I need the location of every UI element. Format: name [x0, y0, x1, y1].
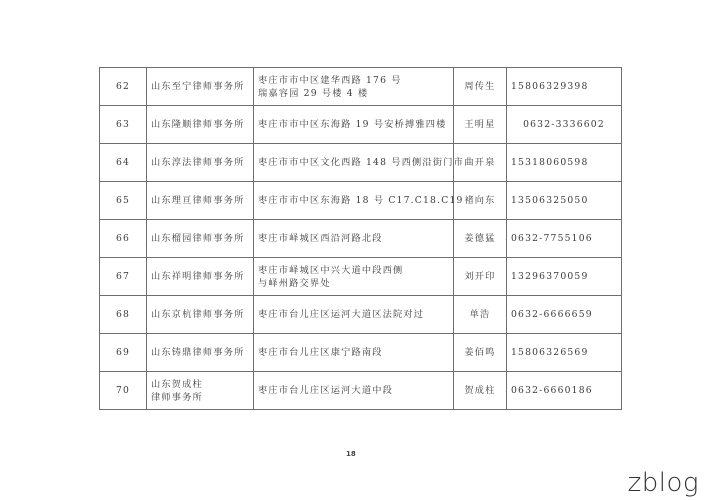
firm-name-cell: 山东京杭律师事务所	[147, 296, 254, 334]
row-number-cell: 69	[100, 334, 147, 372]
address-cell: 枣庄市市中区文化西路 148 号西侧沿街门市	[254, 144, 454, 182]
firm-name-cell: 山东贺成柱律师事务所	[147, 372, 254, 410]
row-number-cell: 67	[100, 258, 147, 296]
address-line: 枣庄市市中区文化西路 148 号西侧沿街门市	[258, 156, 449, 169]
table-row: 69 山东铸鼎律师事务所 枣庄市台儿庄区康宁路南段 姜佰鸣 1580632656…	[100, 334, 622, 372]
address-cell: 枣庄市市中区东海路 18 号 C17.C18.C19	[254, 182, 454, 220]
firm-name-line: 山东理亘律师事务所	[151, 194, 249, 207]
address-line: 枣庄市台儿庄区康宁路南段	[258, 346, 449, 359]
page-number: 18	[346, 450, 356, 458]
row-number-cell: 68	[100, 296, 147, 334]
phone-cell: 13296370059	[507, 258, 622, 296]
law-firm-table: 62 山东至宁律师事务所 枣庄市市中区建华西路 176 号瑞嘉容园 29 号楼 …	[99, 67, 622, 410]
address-cell: 枣庄市峄城区中兴大道中段西侧与峄州路交界处	[254, 258, 454, 296]
address-line: 枣庄市台儿庄区运河大道中段	[258, 384, 449, 397]
table-row: 62 山东至宁律师事务所 枣庄市市中区建华西路 176 号瑞嘉容园 29 号楼 …	[100, 68, 622, 106]
row-number-cell: 64	[100, 144, 147, 182]
table-row: 68 山东京杭律师事务所 枣庄市台儿庄区运河大道区法院对过 单浩 0632-66…	[100, 296, 622, 334]
firm-name-cell: 山东至宁律师事务所	[147, 68, 254, 106]
table-row: 65 山东理亘律师事务所 枣庄市市中区东海路 18 号 C17.C18.C19 …	[100, 182, 622, 220]
row-number-cell: 63	[100, 106, 147, 144]
firm-name-line: 山东京杭律师事务所	[151, 308, 249, 321]
firm-name-cell: 山东淳法律师事务所	[147, 144, 254, 182]
table-row: 64 山东淳法律师事务所 枣庄市市中区文化西路 148 号西侧沿街门市 曲开泉 …	[100, 144, 622, 182]
firm-name-cell: 山东榴园律师事务所	[147, 220, 254, 258]
address-line: 枣庄市峄城区西沿河路北段	[258, 232, 449, 245]
address-cell: 枣庄市市中区建华西路 176 号瑞嘉容园 29 号楼 4 楼	[254, 68, 454, 106]
row-number-cell: 70	[100, 372, 147, 410]
contact-person-cell: 刘开印	[454, 258, 507, 296]
table-body: 62 山东至宁律师事务所 枣庄市市中区建华西路 176 号瑞嘉容园 29 号楼 …	[100, 68, 622, 410]
contact-person-cell: 姜佰鸣	[454, 334, 507, 372]
contact-person-cell: 贺成柱	[454, 372, 507, 410]
phone-cell: 0632-7755106	[507, 220, 622, 258]
firm-name-line: 律师事务所	[151, 391, 249, 404]
table-row: 70 山东贺成柱律师事务所 枣庄市台儿庄区运河大道中段 贺成柱 0632-666…	[100, 372, 622, 410]
address-line: 枣庄市市中区建华西路 176 号	[258, 74, 449, 87]
firm-name-cell: 山东隆顺律师事务所	[147, 106, 254, 144]
address-line: 枣庄市市中区东海路 19 号安桥搏雅四楼	[258, 118, 449, 131]
table-row: 67 山东祥明律师事务所 枣庄市峄城区中兴大道中段西侧与峄州路交界处 刘开印 1…	[100, 258, 622, 296]
address-cell: 枣庄市台儿庄区运河大道中段	[254, 372, 454, 410]
address-line: 与峄州路交界处	[258, 277, 449, 290]
watermark-logo: zblog	[628, 468, 699, 498]
firm-name-line: 山东至宁律师事务所	[151, 80, 249, 93]
phone-cell: 15318060598	[507, 144, 622, 182]
table-row: 63 山东隆顺律师事务所 枣庄市市中区东海路 19 号安桥搏雅四楼 王明星 06…	[100, 106, 622, 144]
address-line: 枣庄市市中区东海路 18 号 C17.C18.C19	[258, 194, 449, 207]
firm-name-line: 山东铸鼎律师事务所	[151, 346, 249, 359]
firm-name-line: 山东榴园律师事务所	[151, 232, 249, 245]
address-cell: 枣庄市市中区东海路 19 号安桥搏雅四楼	[254, 106, 454, 144]
contact-person-cell: 单浩	[454, 296, 507, 334]
row-number-cell: 62	[100, 68, 147, 106]
address-line: 瑞嘉容园 29 号楼 4 楼	[258, 87, 449, 100]
firm-name-line: 山东祥明律师事务所	[151, 270, 249, 283]
firm-name-cell: 山东铸鼎律师事务所	[147, 334, 254, 372]
phone-cell: 0632-6666659	[507, 296, 622, 334]
address-cell: 枣庄市台儿庄区运河大道区法院对过	[254, 296, 454, 334]
firm-name-line: 山东淳法律师事务所	[151, 156, 249, 169]
firm-name-cell: 山东祥明律师事务所	[147, 258, 254, 296]
firm-name-cell: 山东理亘律师事务所	[147, 182, 254, 220]
document-page: 62 山东至宁律师事务所 枣庄市市中区建华西路 176 号瑞嘉容园 29 号楼 …	[0, 0, 707, 500]
contact-person-cell: 周传生	[454, 68, 507, 106]
phone-cell: 0632-6660186	[507, 372, 622, 410]
phone-cell: 15806329398	[507, 68, 622, 106]
contact-person-cell: 姜德猛	[454, 220, 507, 258]
phone-cell: 15806326569	[507, 334, 622, 372]
address-line: 枣庄市峄城区中兴大道中段西侧	[258, 264, 449, 277]
address-cell: 枣庄市台儿庄区康宁路南段	[254, 334, 454, 372]
firm-name-line: 山东隆顺律师事务所	[151, 118, 249, 131]
address-cell: 枣庄市峄城区西沿河路北段	[254, 220, 454, 258]
contact-person-cell: 王明星	[454, 106, 507, 144]
phone-cell: 0632-3336602	[507, 106, 622, 144]
row-number-cell: 66	[100, 220, 147, 258]
address-line: 枣庄市台儿庄区运河大道区法院对过	[258, 308, 449, 321]
firm-name-line: 山东贺成柱	[151, 378, 249, 391]
phone-cell: 13506325050	[507, 182, 622, 220]
row-number-cell: 65	[100, 182, 147, 220]
table-row: 66 山东榴园律师事务所 枣庄市峄城区西沿河路北段 姜德猛 0632-77551…	[100, 220, 622, 258]
